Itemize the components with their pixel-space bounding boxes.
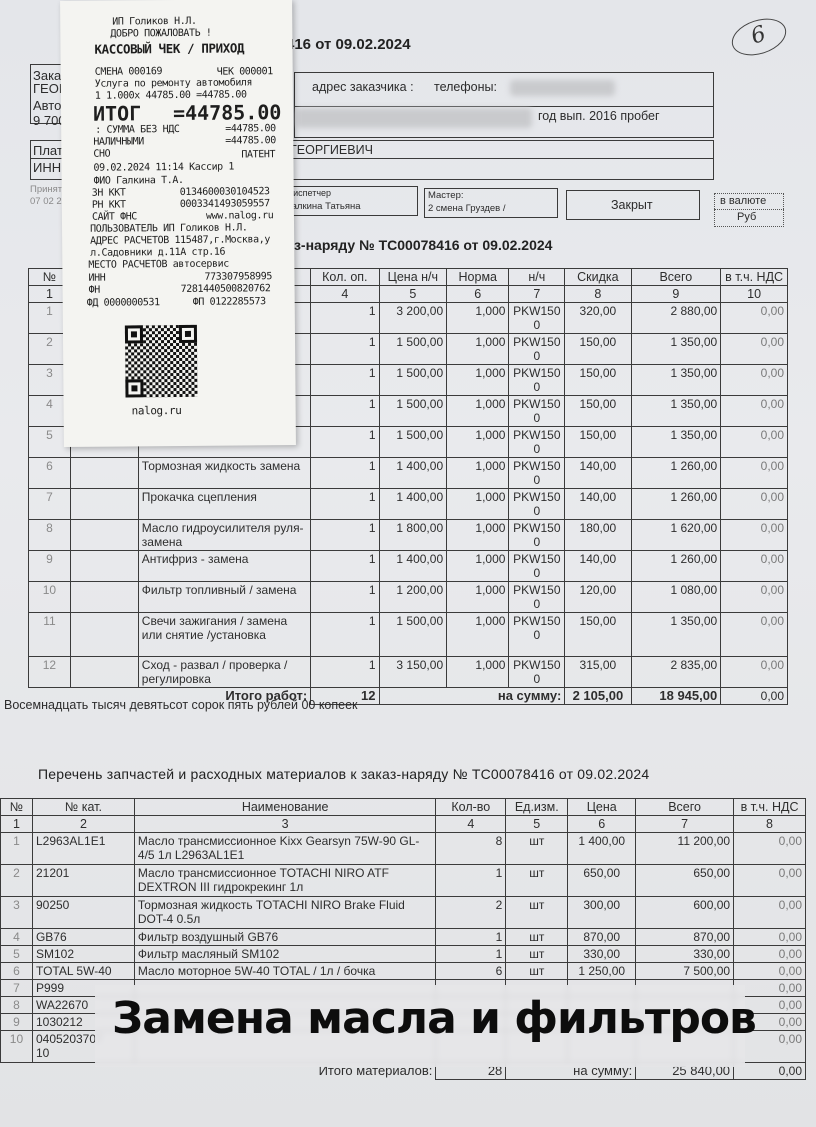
materials-row: 221201Масло трансмиссионное TOTACHI NIRO… <box>1 865 806 897</box>
works-cell-discount: 140,00 <box>565 489 631 520</box>
works-cell-qty: 1 <box>311 427 379 458</box>
materials-cell-n: 3 <box>1 897 33 929</box>
receipt-fn-label: ФН <box>89 285 100 296</box>
works-cell-qty: 1 <box>311 458 379 489</box>
materials-cell-vat: 0,00 <box>734 865 806 897</box>
materials-cell-cat: GB76 <box>32 929 134 946</box>
materials-col-header: № кат. <box>32 799 134 816</box>
works-cell-price: 1 400,00 <box>379 489 447 520</box>
receipt-qr-caption: nalog.ru <box>132 404 182 417</box>
works-cell-nh: PKW150 0 <box>509 427 565 458</box>
materials-col-header: Ед.изм. <box>506 799 568 816</box>
works-cell-qty: 1 <box>311 520 379 551</box>
materials-cell-name: Масло моторное 5W-40 TOTAL / 1л / бочка <box>134 963 436 980</box>
works-cell-total: 1 260,00 <box>631 489 721 520</box>
works-cell-vat: 0,00 <box>721 613 788 657</box>
works-cell-nh: PKW150 0 <box>509 365 565 396</box>
works-cell-discount: 150,00 <box>565 334 631 365</box>
works-col-header: в т.ч. НДС <box>721 269 788 286</box>
receipt-fio: ФИО Галкина Т.А. <box>94 175 184 187</box>
materials-cell-n: 7 <box>1 980 33 997</box>
works-cell-nh: PKW150 0 <box>509 657 565 688</box>
materials-col-number: 8 <box>734 816 806 833</box>
works-cell-nh: PKW150 0 <box>509 582 565 613</box>
works-cell-discount: 150,00 <box>565 427 631 458</box>
materials-row: 1L2963AL1E1Масло трансмиссионное Kixx Ge… <box>1 833 806 865</box>
works-cell-vat: 0,00 <box>721 582 788 613</box>
materials-col-number: 7 <box>636 816 734 833</box>
works-row: 12Сход - развал / проверка / регулировка… <box>29 657 788 688</box>
currency-value: Руб <box>737 211 756 223</box>
works-cell-norm: 1,000 <box>447 396 509 427</box>
materials-cell-total: 330,00 <box>636 946 734 963</box>
works-col-header: Скидка <box>565 269 631 286</box>
works-cell-norm: 1,000 <box>447 427 509 458</box>
works-cell-total: 1 350,00 <box>631 396 721 427</box>
works-cell-nh: PKW150 0 <box>509 613 565 657</box>
works-cell-vat: 0,00 <box>721 365 788 396</box>
receipt-fns-site-value: www.nalog.ru <box>206 210 274 222</box>
payer-name: ГЕОРГИЕВИЧ <box>290 143 373 157</box>
works-col-number: 6 <box>447 286 509 303</box>
materials-cell-price: 1 250,00 <box>568 963 636 980</box>
works-cell-price: 1 400,00 <box>379 551 447 582</box>
works-cell-name: Фильтр топливный / замена <box>138 582 310 613</box>
materials-cell-vat: 0,00 <box>734 897 806 929</box>
materials-col-number: 1 <box>1 816 33 833</box>
dispatcher-name: Галкина Татьяна <box>287 201 361 212</box>
materials-cell-total: 650,00 <box>636 865 734 897</box>
works-cell-nh: PKW150 0 <box>509 303 565 334</box>
works-cell-vat: 0,00 <box>721 396 788 427</box>
works-cell-name: Масло гидроусилителя руля-замена <box>138 520 310 551</box>
works-cell-qty: 1 <box>311 551 379 582</box>
receipt-zn-kkt-value: 0134600030104523 <box>180 186 270 198</box>
materials-cell-qty: 1 <box>436 946 506 963</box>
works-cell-total: 2 835,00 <box>631 657 721 688</box>
works-cell-n: 7 <box>29 489 71 520</box>
works-cell-discount: 150,00 <box>565 396 631 427</box>
receipt-cash-label: НАЛИЧНЫМИ <box>93 136 144 147</box>
materials-row: 6TOTAL 5W-40Масло моторное 5W-40 TOTAL /… <box>1 963 806 980</box>
works-cell-norm: 1,000 <box>447 303 509 334</box>
materials-col-number: 2 <box>32 816 134 833</box>
customer-phones-label: телефоны: <box>434 80 497 94</box>
materials-cell-vat: 0,00 <box>734 929 806 946</box>
caption-text: Замена масла и фильтров <box>112 993 756 1044</box>
materials-cell-cat: TOTAL 5W-40 <box>32 963 134 980</box>
receipt-user: ПОЛЬЗОВАТЕЛЬ ИП Голиков Н.Л. <box>90 222 247 234</box>
receipt-fd: ФД 0000000531 <box>87 297 160 309</box>
works-cell-n: 10 <box>29 582 71 613</box>
receipt-cash-value: =44785.00 <box>225 135 276 146</box>
works-cell-price: 1 800,00 <box>379 520 447 551</box>
materials-cell-n: 9 <box>1 1014 33 1031</box>
materials-cell-unit: шт <box>506 865 568 897</box>
handwritten-page-number: 6 <box>727 12 791 62</box>
works-cell-vat: 0,00 <box>721 489 788 520</box>
works-cell-norm: 1,000 <box>447 551 509 582</box>
receipt-sno-value: ПАТЕНТ <box>241 149 275 160</box>
works-col-header: Цена н/ч <box>379 269 447 286</box>
materials-cell-qty: 2 <box>436 897 506 929</box>
materials-cell-unit: шт <box>506 929 568 946</box>
receipt-fns-site-label: САЙТ ФНС <box>92 211 137 222</box>
materials-cell-unit: шт <box>506 963 568 980</box>
materials-cell-n: 4 <box>1 929 33 946</box>
works-cell-n: 9 <box>29 551 71 582</box>
materials-cell-cat: SM102 <box>32 946 134 963</box>
works-cell-n: 6 <box>29 458 71 489</box>
works-cell-discount: 320,00 <box>565 303 631 334</box>
works-cell-total: 1 350,00 <box>631 613 721 657</box>
receipt-seller: ИП Голиков Н.Л. <box>112 16 196 28</box>
works-cell-nh: PKW150 0 <box>509 334 565 365</box>
works-col-number: 7 <box>509 286 565 303</box>
materials-cell-total: 7 500,00 <box>636 963 734 980</box>
works-row: 9Антифриз - замена11 400,001,000PKW150 0… <box>29 551 788 582</box>
redacted-phone <box>510 80 615 96</box>
materials-col-number: 6 <box>568 816 636 833</box>
materials-col-header: Всего <box>636 799 734 816</box>
master-value: 2 смена Груздев / <box>428 203 506 214</box>
receipt-no-vat-label: : СУММА БЕЗ НДС <box>95 124 179 136</box>
works-cell-discount: 150,00 <box>565 365 631 396</box>
receipt-total-value: =44785.00 <box>173 100 282 125</box>
works-total-sum: 18 945,00 <box>631 688 721 705</box>
works-cell-price: 1 500,00 <box>379 365 447 396</box>
works-cell-vat: 0,00 <box>721 520 788 551</box>
works-cell-n: 12 <box>29 657 71 688</box>
works-cell-name: Прокачка сцепления <box>138 489 310 520</box>
works-cell-total: 1 350,00 <box>631 334 721 365</box>
works-cell-name: Тормозная жидкость замена <box>138 458 310 489</box>
receipt-zn-kkt-label: ЗН ККТ <box>92 187 126 198</box>
materials-cell-price: 870,00 <box>568 929 636 946</box>
works-cell-total: 1 260,00 <box>631 458 721 489</box>
works-cell-vat: 0,00 <box>721 657 788 688</box>
document-title: 416 от 09.02.2024 <box>286 36 411 53</box>
materials-cell-price: 650,00 <box>568 865 636 897</box>
vehicle-year-mileage: год вып. 2016 пробег <box>538 109 660 123</box>
receipt-title: КАССОВЫЙ ЧЕК / ПРИХОД <box>94 40 244 56</box>
redacted-vehicle <box>296 108 532 128</box>
materials-cell-qty: 8 <box>436 833 506 865</box>
customer-address-label: адрес заказчика : <box>312 80 414 94</box>
works-cell-discount: 315,00 <box>565 657 631 688</box>
materials-cell-n: 1 <box>1 833 33 865</box>
works-cell-n: 8 <box>29 520 71 551</box>
materials-col-header: в т.ч. НДС <box>734 799 806 816</box>
materials-col-number: 4 <box>436 816 506 833</box>
materials-cell-n: 5 <box>1 946 33 963</box>
works-col-number: 10 <box>721 286 788 303</box>
works-cell-empty <box>70 613 138 657</box>
materials-cell-total: 11 200,00 <box>636 833 734 865</box>
receipt-inn-value: 773307958995 <box>204 271 272 283</box>
works-cell-total: 2 880,00 <box>631 303 721 334</box>
receipt-no-vat-value: =44785.00 <box>225 123 276 134</box>
works-cell-price: 1 200,00 <box>379 582 447 613</box>
works-total-vat: 0,00 <box>721 688 788 705</box>
works-row: 7Прокачка сцепления11 400,001,000PKW150 … <box>29 489 788 520</box>
works-col-number: 5 <box>379 286 447 303</box>
materials-cell-price: 330,00 <box>568 946 636 963</box>
works-cell-empty <box>70 582 138 613</box>
works-title: аз-наряду № ТС00078416 от 09.02.2024 <box>286 237 552 253</box>
materials-cell-unit: шт <box>506 833 568 865</box>
works-cell-discount: 180,00 <box>565 520 631 551</box>
materials-col-header: Наименование <box>134 799 436 816</box>
works-col-header: Кол. оп. <box>311 269 379 286</box>
materials-col-header: № <box>1 799 33 816</box>
works-cell-vat: 0,00 <box>721 551 788 582</box>
works-cell-norm: 1,000 <box>447 458 509 489</box>
works-cell-total: 1 080,00 <box>631 582 721 613</box>
works-col-header: н/ч <box>509 269 565 286</box>
materials-col-number: 3 <box>134 816 436 833</box>
works-row: 8Масло гидроусилителя руля-замена11 800,… <box>29 520 788 551</box>
works-col-header: Норма <box>447 269 509 286</box>
works-cell-nh: PKW150 0 <box>509 551 565 582</box>
works-cell-discount: 140,00 <box>565 458 631 489</box>
works-cell-qty: 1 <box>311 613 379 657</box>
works-cell-price: 1 400,00 <box>379 458 447 489</box>
inn-label: ИНН <box>33 160 61 175</box>
qr-code-icon <box>125 325 198 398</box>
materials-cell-vat: 0,00 <box>734 946 806 963</box>
works-cell-vat: 0,00 <box>721 458 788 489</box>
works-cell-discount: 120,00 <box>565 582 631 613</box>
materials-cell-qty: 1 <box>436 865 506 897</box>
receipt-fn-value: 7281440500820762 <box>181 283 271 295</box>
divider <box>294 106 714 107</box>
works-cell-empty <box>70 520 138 551</box>
materials-col-header: Цена <box>568 799 636 816</box>
works-cell-empty <box>70 489 138 520</box>
works-cell-empty <box>70 657 138 688</box>
works-cell-name: Сход - развал / проверка / регулировка <box>138 657 310 688</box>
works-cell-price: 1 500,00 <box>379 427 447 458</box>
works-cell-norm: 1,000 <box>447 334 509 365</box>
receipt-rn-kkt-label: РН ККТ <box>92 199 126 210</box>
materials-column-numbers-row: 12345678 <box>1 816 806 833</box>
materials-cell-cat: L2963AL1E1 <box>32 833 134 865</box>
works-cell-price: 3 200,00 <box>379 303 447 334</box>
works-cell-vat: 0,00 <box>721 334 788 365</box>
works-cell-name: Свечи зажигания / замена или снятие /уст… <box>138 613 310 657</box>
receipt-check-no: ЧЕК 000001 <box>217 66 273 77</box>
materials-cell-unit: шт <box>506 897 568 929</box>
materials-cell-qty: 1 <box>436 929 506 946</box>
works-cell-total: 1 350,00 <box>631 365 721 396</box>
works-cell-nh: PKW150 0 <box>509 489 565 520</box>
materials-row: 5SM102Фильтр масляный SM1021шт330,00330,… <box>1 946 806 963</box>
materials-cell-price: 300,00 <box>568 897 636 929</box>
works-cell-norm: 1,000 <box>447 520 509 551</box>
materials-cell-n: 6 <box>1 963 33 980</box>
works-cell-nh: PKW150 0 <box>509 458 565 489</box>
materials-title: Перечень запчастей и расходных материало… <box>38 766 649 782</box>
materials-col-number: 5 <box>506 816 568 833</box>
materials-cell-vat: 0,00 <box>734 963 806 980</box>
receipt-place: МЕСТО РАСЧЕТОВ автосервис <box>88 259 229 271</box>
works-col-header: Всего <box>631 269 721 286</box>
works-col-number: 8 <box>565 286 631 303</box>
works-cell-vat: 0,00 <box>721 427 788 458</box>
materials-cell-n: 10 <box>1 1031 33 1063</box>
works-total-discount: 2 105,00 <box>565 688 631 705</box>
receipt-fp: ФП 0122285573 <box>193 296 266 308</box>
works-cell-norm: 1,000 <box>447 582 509 613</box>
works-cell-n: 11 <box>29 613 71 657</box>
divider <box>714 209 784 210</box>
materials-cell-cat: 21201 <box>32 865 134 897</box>
materials-cell-price: 1 400,00 <box>568 833 636 865</box>
works-cell-norm: 1,000 <box>447 489 509 520</box>
materials-cell-name: Тормозная жидкость TOTACHI NIRO Brake Fl… <box>134 897 436 929</box>
works-cell-norm: 1,000 <box>447 657 509 688</box>
materials-cell-unit: шт <box>506 946 568 963</box>
works-cell-price: 1 500,00 <box>379 613 447 657</box>
works-cell-qty: 1 <box>311 303 379 334</box>
materials-header-row: №№ кат.НаименованиеКол-воЕд.изм.ЦенаВсег… <box>1 799 806 816</box>
receipt-service: Услуга по ремонту автомобиля <box>95 77 252 89</box>
materials-cell-total: 600,00 <box>636 897 734 929</box>
works-cell-empty <box>70 551 138 582</box>
works-cell-nh: PKW150 0 <box>509 396 565 427</box>
works-col-number: 4 <box>311 286 379 303</box>
receipt-total-label: ИТОГ <box>93 101 141 125</box>
receipt-rn-kkt-value: 0003341493059557 <box>180 198 270 210</box>
materials-cell-name: Фильтр масляный SM102 <box>134 946 436 963</box>
accepted-label: Принят <box>30 184 62 195</box>
receipt-address-1: АДРЕС РАСЧЕТОВ 115487,г.Москва,у <box>90 234 270 247</box>
works-cell-total: 1 620,00 <box>631 520 721 551</box>
works-row: 6Тормозная жидкость замена11 400,001,000… <box>29 458 788 489</box>
works-sum-label: на сумму: <box>379 688 565 705</box>
works-cell-qty: 1 <box>311 365 379 396</box>
works-cell-qty: 1 <box>311 582 379 613</box>
works-cell-price: 1 500,00 <box>379 334 447 365</box>
works-cell-nh: PKW150 0 <box>509 520 565 551</box>
order-status: Закрыт <box>611 198 653 212</box>
materials-cell-name: Масло трансмиссионное Kixx Gearsyn 75W-9… <box>134 833 436 865</box>
works-cell-name: Антифриз - замена <box>138 551 310 582</box>
materials-cell-qty: 6 <box>436 963 506 980</box>
works-cell-price: 1 500,00 <box>379 396 447 427</box>
works-row: 10Фильтр топливный / замена11 200,001,00… <box>29 582 788 613</box>
master-label: Мастер: <box>428 190 464 201</box>
works-cell-total: 1 260,00 <box>631 551 721 582</box>
materials-cell-name: Масло трансмиссионное TOTACHI NIRO ATF D… <box>134 865 436 897</box>
works-cell-qty: 1 <box>311 657 379 688</box>
receipt-datetime: 09.02.2024 11:14 Кассир 1 <box>93 162 234 174</box>
works-cell-discount: 150,00 <box>565 613 631 657</box>
receipt-shift: СМЕНА 000169 <box>95 66 163 78</box>
materials-cell-cat: 90250 <box>32 897 134 929</box>
materials-row: 4GB76Фильтр воздушный GB761шт870,00870,0… <box>1 929 806 946</box>
works-cell-qty: 1 <box>311 489 379 520</box>
cash-receipt: ИП Голиков Н.Л. ДОБРО ПОЖАЛОВАТЬ ! КАССО… <box>60 0 296 447</box>
currency-label: в валюте <box>720 195 766 207</box>
works-cell-discount: 140,00 <box>565 551 631 582</box>
receipt-address-2: л.Садовники д.11А стр.16 <box>90 247 225 259</box>
works-cell-price: 3 150,00 <box>379 657 447 688</box>
works-row: 11Свечи зажигания / замена или снятие /у… <box>29 613 788 657</box>
works-cell-empty <box>70 458 138 489</box>
receipt-greeting: ДОБРО ПОЖАЛОВАТЬ ! <box>110 28 211 40</box>
receipt-sno-label: СНО <box>93 149 110 160</box>
materials-cell-total: 870,00 <box>636 929 734 946</box>
materials-cell-name: Фильтр воздушный GB76 <box>134 929 436 946</box>
amount-in-words: Восемнадцать тысяч девятьсот сорок пять … <box>4 698 358 712</box>
works-cell-vat: 0,00 <box>721 303 788 334</box>
works-cell-qty: 1 <box>311 396 379 427</box>
materials-cell-n: 8 <box>1 997 33 1014</box>
materials-cell-n: 2 <box>1 865 33 897</box>
works-col-number: 9 <box>631 286 721 303</box>
works-cell-norm: 1,000 <box>447 365 509 396</box>
materials-row: 390250Тормозная жидкость TOTACHI NIRO Br… <box>1 897 806 929</box>
works-cell-qty: 1 <box>311 334 379 365</box>
materials-cell-vat: 0,00 <box>734 833 806 865</box>
materials-col-header: Кол-во <box>436 799 506 816</box>
works-cell-total: 1 350,00 <box>631 427 721 458</box>
works-cell-norm: 1,000 <box>447 613 509 657</box>
receipt-inn-label: ИНН <box>88 273 105 284</box>
